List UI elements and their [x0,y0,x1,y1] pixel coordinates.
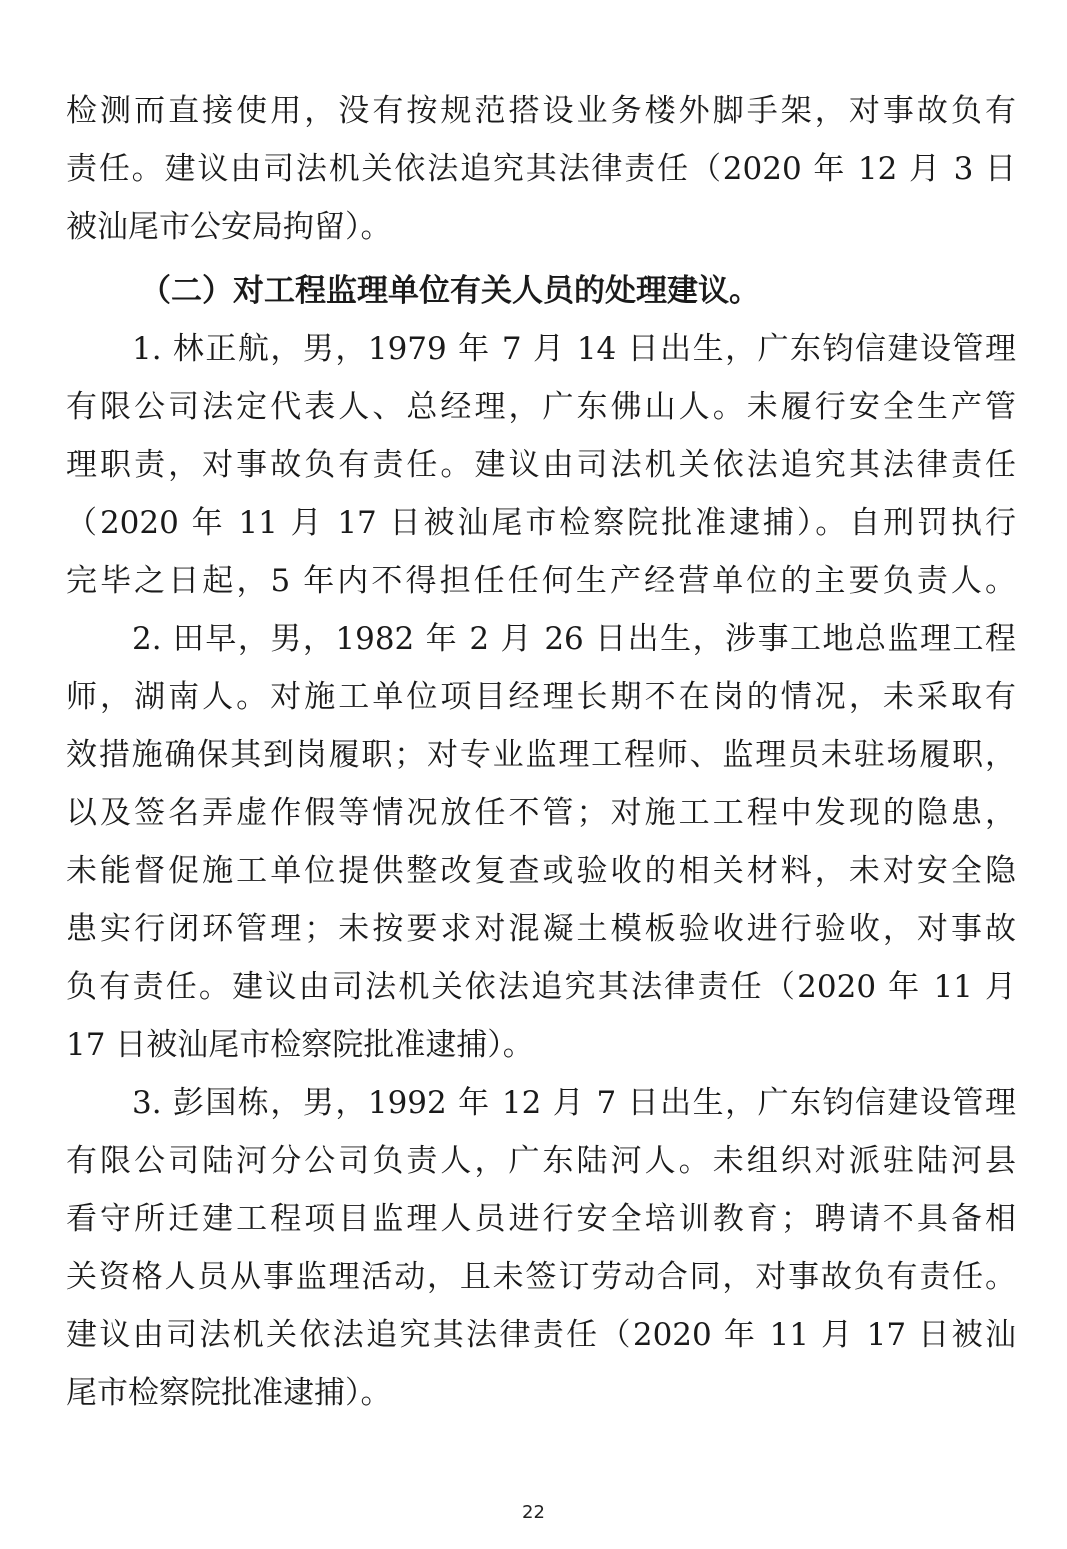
paragraph-line: 责任。建议由司法机关依法追究其法律责任（2020 年 12 月 3 日 [66,140,1016,198]
item-3-line: 看守所迁建工程项目监理人员进行安全培训教育；聘请不具备相 [66,1190,1016,1248]
document-page: 检测而直接使用，没有按规范搭设业务楼外脚手架，对事故负有 责任。建议由司法机关依… [0,0,1067,1549]
item-2-line: 患实行闭环管理；未按要求对混凝土模板验收进行验收，对事故 [66,900,1016,958]
section-heading: （二）对工程监理单位有关人员的处理建议。 [140,262,840,320]
item-2-line: 2. 田早，男，1982 年 2 月 26 日出生，涉事工地总监理工程 [132,610,1016,668]
item-2-line: 效措施确保其到岗履职；对专业监理工程师、监理员未驻场履职， [66,726,1016,784]
paragraph-line: 被汕尾市公安局拘留）。 [66,198,1016,256]
page-number: 22 [0,1502,1067,1523]
paragraph-line: 检测而直接使用，没有按规范搭设业务楼外脚手架，对事故负有 [66,82,1016,140]
item-3-line: 尾市检察院批准逮捕）。 [66,1364,1016,1422]
item-2-line: 师，湖南人。对施工单位项目经理长期不在岗的情况，未采取有 [66,668,1016,726]
item-3-line: 有限公司陆河分公司负责人，广东陆河人。未组织对派驻陆河县 [66,1132,1016,1190]
item-2-line: 以及签名弄虚作假等情况放任不管；对施工工程中发现的隐患， [66,784,1016,842]
item-1-line: 有限公司法定代表人、总经理，广东佛山人。未履行安全生产管 [66,378,1016,436]
item-2-line: 17 日被汕尾市检察院批准逮捕）。 [66,1016,1016,1074]
item-3-line: 关资格人员从事监理活动，且未签订劳动合同，对事故负有责任。 [66,1248,1016,1306]
item-2-line: 未能督促施工单位提供整改复查或验收的相关材料，未对安全隐 [66,842,1016,900]
item-1-line: （2020 年 11 月 17 日被汕尾市检察院批准逮捕）。自刑罚执行 [66,494,1016,552]
item-3-line: 建议由司法机关依法追究其法律责任（2020 年 11 月 17 日被汕 [66,1306,1016,1364]
item-2-line: 负有责任。建议由司法机关依法追究其法律责任（2020 年 11 月 [66,958,1016,1016]
item-3-line: 3. 彭国栋，男，1992 年 12 月 7 日出生，广东钧信建设管理 [132,1074,1016,1132]
item-1-line: 完毕之日起，5 年内不得担任任何生产经营单位的主要负责人。 [66,552,1016,610]
item-1-line: 理职责，对事故负有责任。建议由司法机关依法追究其法律责任 [66,436,1016,494]
item-1-line: 1. 林正航，男，1979 年 7 月 14 日出生，广东钧信建设管理 [132,320,1016,378]
